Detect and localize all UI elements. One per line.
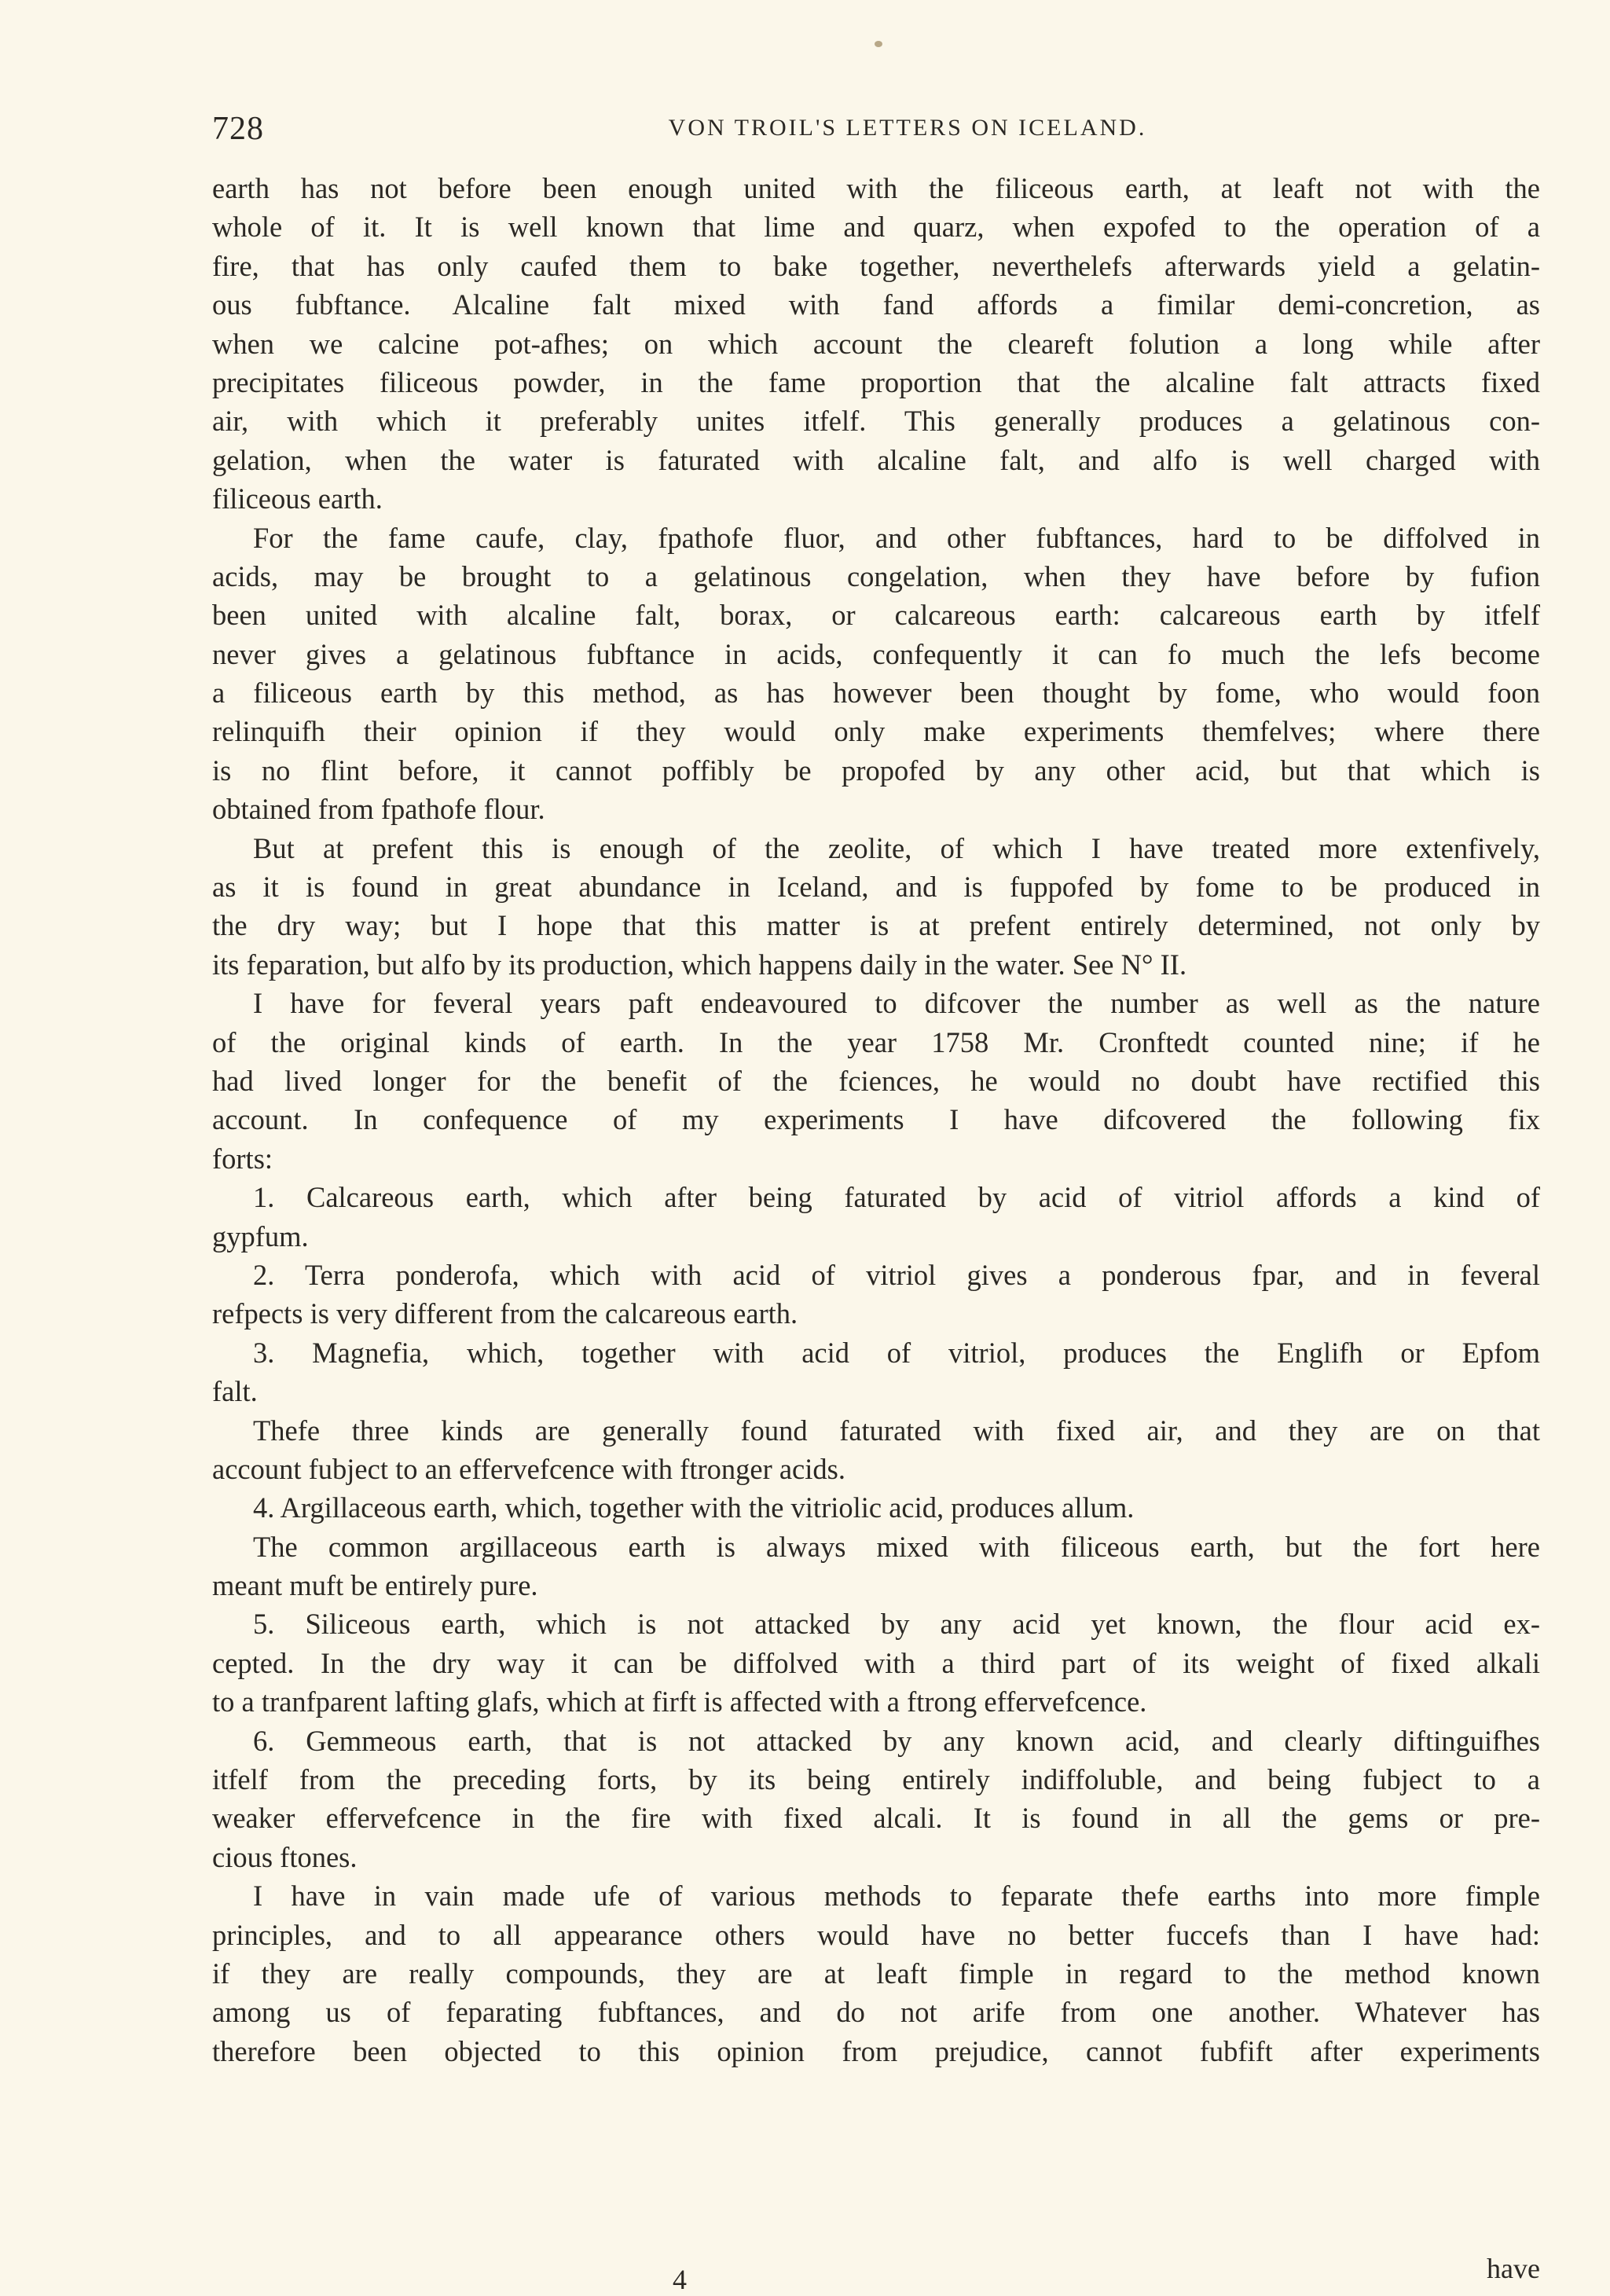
- text-line: precipitates filiceous powder, in the fa…: [212, 363, 1540, 402]
- text-line: I have in vain made ufe of various metho…: [212, 1876, 1540, 1915]
- text-line: of the original kinds of earth. In the y…: [212, 1023, 1540, 1062]
- text-line: when we calcine pot-afhes; on which acco…: [212, 325, 1540, 363]
- text-line: 3. Magnefia, which, together with acid o…: [212, 1333, 1540, 1372]
- text-line: acids, may be brought to a gelatinous co…: [212, 557, 1540, 596]
- text-line: 2. Terra ponderofa, which with acid of v…: [212, 1256, 1540, 1294]
- text-line: its feparation, but alfo by its producti…: [212, 945, 1540, 984]
- text-line: 4. Argillaceous earth, which, together w…: [212, 1488, 1540, 1527]
- text-line: Thefe three kinds are generally found fa…: [212, 1411, 1540, 1450]
- text-line: been united with alcaline falt, borax, o…: [212, 596, 1540, 634]
- text-line: a filiceous earth by this method, as has…: [212, 673, 1540, 712]
- text-line: I have for feveral years paft endeavoure…: [212, 984, 1540, 1022]
- text-line: refpects is very different from the calc…: [212, 1294, 1540, 1333]
- text-line: earth has not before been enough united …: [212, 169, 1540, 207]
- text-line: never gives a gelatinous fubftance in ac…: [212, 635, 1540, 673]
- text-line: as it is found in great abundance in Ice…: [212, 867, 1540, 906]
- text-line: whole of it. It is well known that lime …: [212, 207, 1540, 246]
- running-head: 728 VON TROIL'S LETTERS ON ICELAND.: [212, 110, 1540, 149]
- body-text: earth has not before been enough united …: [212, 169, 1540, 2070]
- text-line: 5. Siliceous earth, which is not attacke…: [212, 1605, 1540, 1643]
- text-line: filiceous earth.: [212, 479, 1540, 518]
- text-line: fire, that has only caufed them to bake …: [212, 247, 1540, 285]
- text-line: cepted. In the dry way it can be diffolv…: [212, 1644, 1540, 1682]
- text-line: 6. Gemmeous earth, that is not attacked …: [212, 1722, 1540, 1760]
- running-title: VON TROIL'S LETTERS ON ICELAND.: [212, 115, 1540, 141]
- text-line: relinquifh their opinion if they would o…: [212, 712, 1540, 750]
- text-line: the dry way; but I hope that this matter…: [212, 906, 1540, 944]
- text-line: therefore been objected to this opinion …: [212, 2032, 1540, 2070]
- text-line: account. In confequence of my experiment…: [212, 1100, 1540, 1139]
- page-footer: 4 have: [212, 2263, 1540, 2296]
- text-line: obtained from fpathofe flour.: [212, 790, 1540, 828]
- text-line: But at prefent this is enough of the zeo…: [212, 829, 1540, 867]
- text-line: gelation, when the water is faturated wi…: [212, 441, 1540, 479]
- signature-mark: 4: [673, 2263, 687, 2296]
- text-line: to a tranfparent lafting glafs, which at…: [212, 1682, 1540, 1721]
- text-line: ous fubftance. Alcaline falt mixed with …: [212, 285, 1540, 324]
- text-line: is no flint before, it cannot poffibly b…: [212, 751, 1540, 790]
- text-line: cious ftones.: [212, 1838, 1540, 1876]
- text-line: among us of feparating fubftances, and d…: [212, 1993, 1540, 2031]
- text-line: forts:: [212, 1139, 1540, 1178]
- text-line: meant muft be entirely pure.: [212, 1566, 1540, 1605]
- text-line: had lived longer for the benefit of the …: [212, 1062, 1540, 1100]
- text-line: 1. Calcareous earth, which after being f…: [212, 1178, 1540, 1216]
- catchword: have: [1487, 2252, 1540, 2285]
- text-line: itfelf from the preceding forts, by its …: [212, 1760, 1540, 1799]
- text-line: For the fame caufe, clay, fpathofe fluor…: [212, 519, 1540, 557]
- text-line: weaker effervefcence in the fire with fi…: [212, 1799, 1540, 1837]
- text-line: The common argillaceous earth is always …: [212, 1528, 1540, 1566]
- text-line: if they are really compounds, they are a…: [212, 1954, 1540, 1993]
- text-line: gypfum.: [212, 1217, 1540, 1256]
- text-line: air, with which it preferably unites itf…: [212, 402, 1540, 440]
- text-line: falt.: [212, 1372, 1540, 1410]
- text-line: principles, and to all appearance others…: [212, 1916, 1540, 1954]
- paper-speck: [875, 41, 882, 47]
- text-line: account fubject to an effervefcence with…: [212, 1450, 1540, 1488]
